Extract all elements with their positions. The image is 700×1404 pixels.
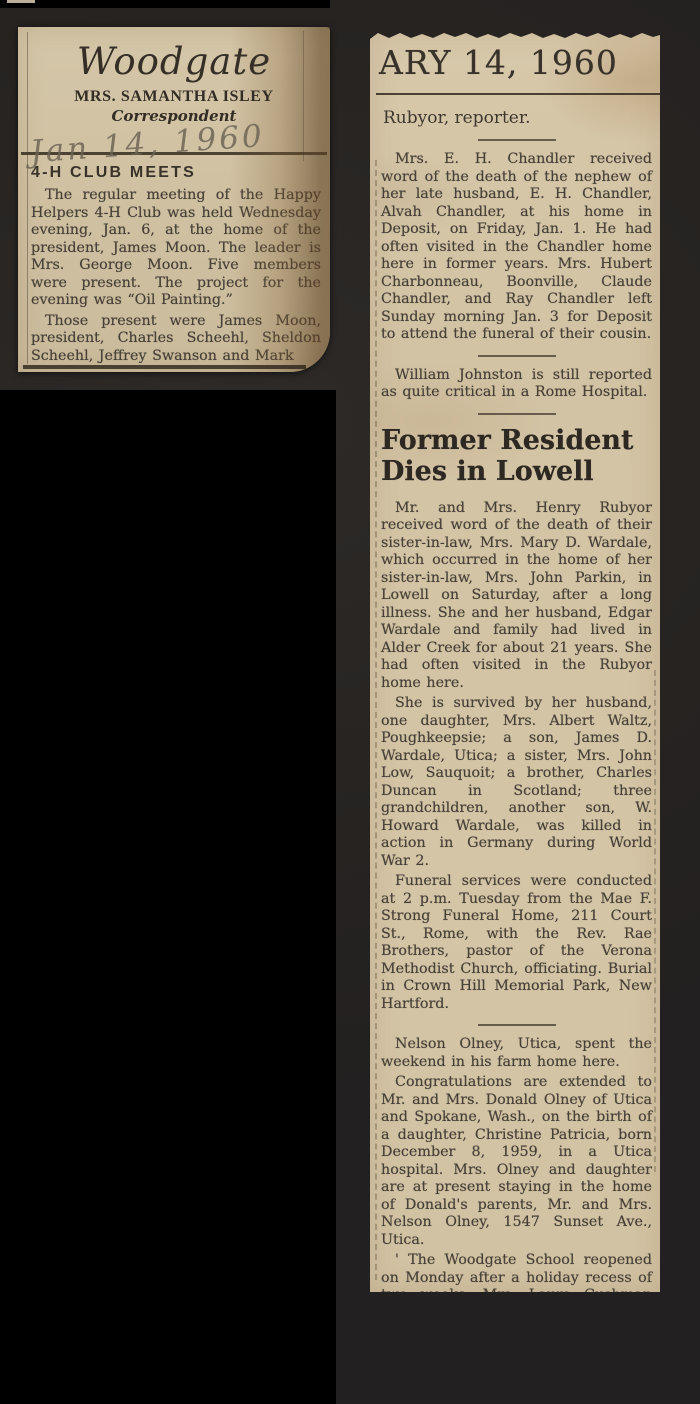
section-divider (478, 1024, 556, 1026)
right-newspaper-clipping: ARY 14, 1960 Rubyor, reporter. Mrs. E. H… (370, 30, 660, 1292)
scrapbook-page: Woodgate MRS. SAMANTHA ISLEY Corresponde… (0, 0, 700, 1404)
clipping-header: Woodgate MRS. SAMANTHA ISLEY Corresponde… (18, 27, 330, 125)
left-newspaper-clipping: Woodgate MRS. SAMANTHA ISLEY Corresponde… (18, 27, 330, 372)
article-body: The regular meeting of the Happy Helpers… (18, 187, 330, 365)
clipping-content: ARY 14, 1960 Rubyor, reporter. Mrs. E. H… (370, 30, 660, 1340)
obituary-headline-line2: Dies in Lowell (381, 456, 652, 487)
obituary-headline-line1: Former Resident (381, 425, 652, 456)
article-paragraph: Those present were James Moon, president… (31, 313, 321, 366)
obituary-paragraph: Mr. and Mrs. Henry Rubyor received word … (381, 500, 652, 693)
note-paragraph: Congratulations are extended to Mr. and … (381, 1074, 652, 1249)
reporter-byline: Rubyor, reporter. (383, 108, 652, 128)
article-paragraph: The regular meeting of the Happy Helpers… (31, 187, 321, 310)
section-divider (478, 139, 556, 141)
masked-area-top (0, 0, 330, 8)
news-item: William Johnston is still reported as qu… (381, 367, 652, 402)
printed-rule-bottom (23, 365, 306, 369)
masked-area-left (0, 390, 336, 1404)
note-paragraph: ' The Woodgate School reopened on Monday… (381, 1252, 652, 1340)
printed-rule (376, 93, 660, 95)
note-paragraph: Nelson Olney, Utica, spent the weekend i… (381, 1036, 652, 1071)
paper-sliver (7, 0, 35, 3)
obituary-headline: Former Resident Dies in Lowell (381, 425, 652, 487)
correspondent-name: MRS. SAMANTHA ISLEY (18, 88, 330, 106)
obituary-paragraph: Funeral services were conducted at 2 p.m… (381, 873, 652, 1013)
date-header: ARY 14, 1960 (379, 43, 652, 82)
masthead-title: Woodgate (18, 40, 330, 83)
section-divider (478, 355, 556, 357)
obituary-paragraph: She is survived by her husband, one daug… (381, 695, 652, 870)
news-item: Mrs. E. H. Chandler received word of the… (381, 151, 652, 344)
section-divider (478, 413, 556, 415)
